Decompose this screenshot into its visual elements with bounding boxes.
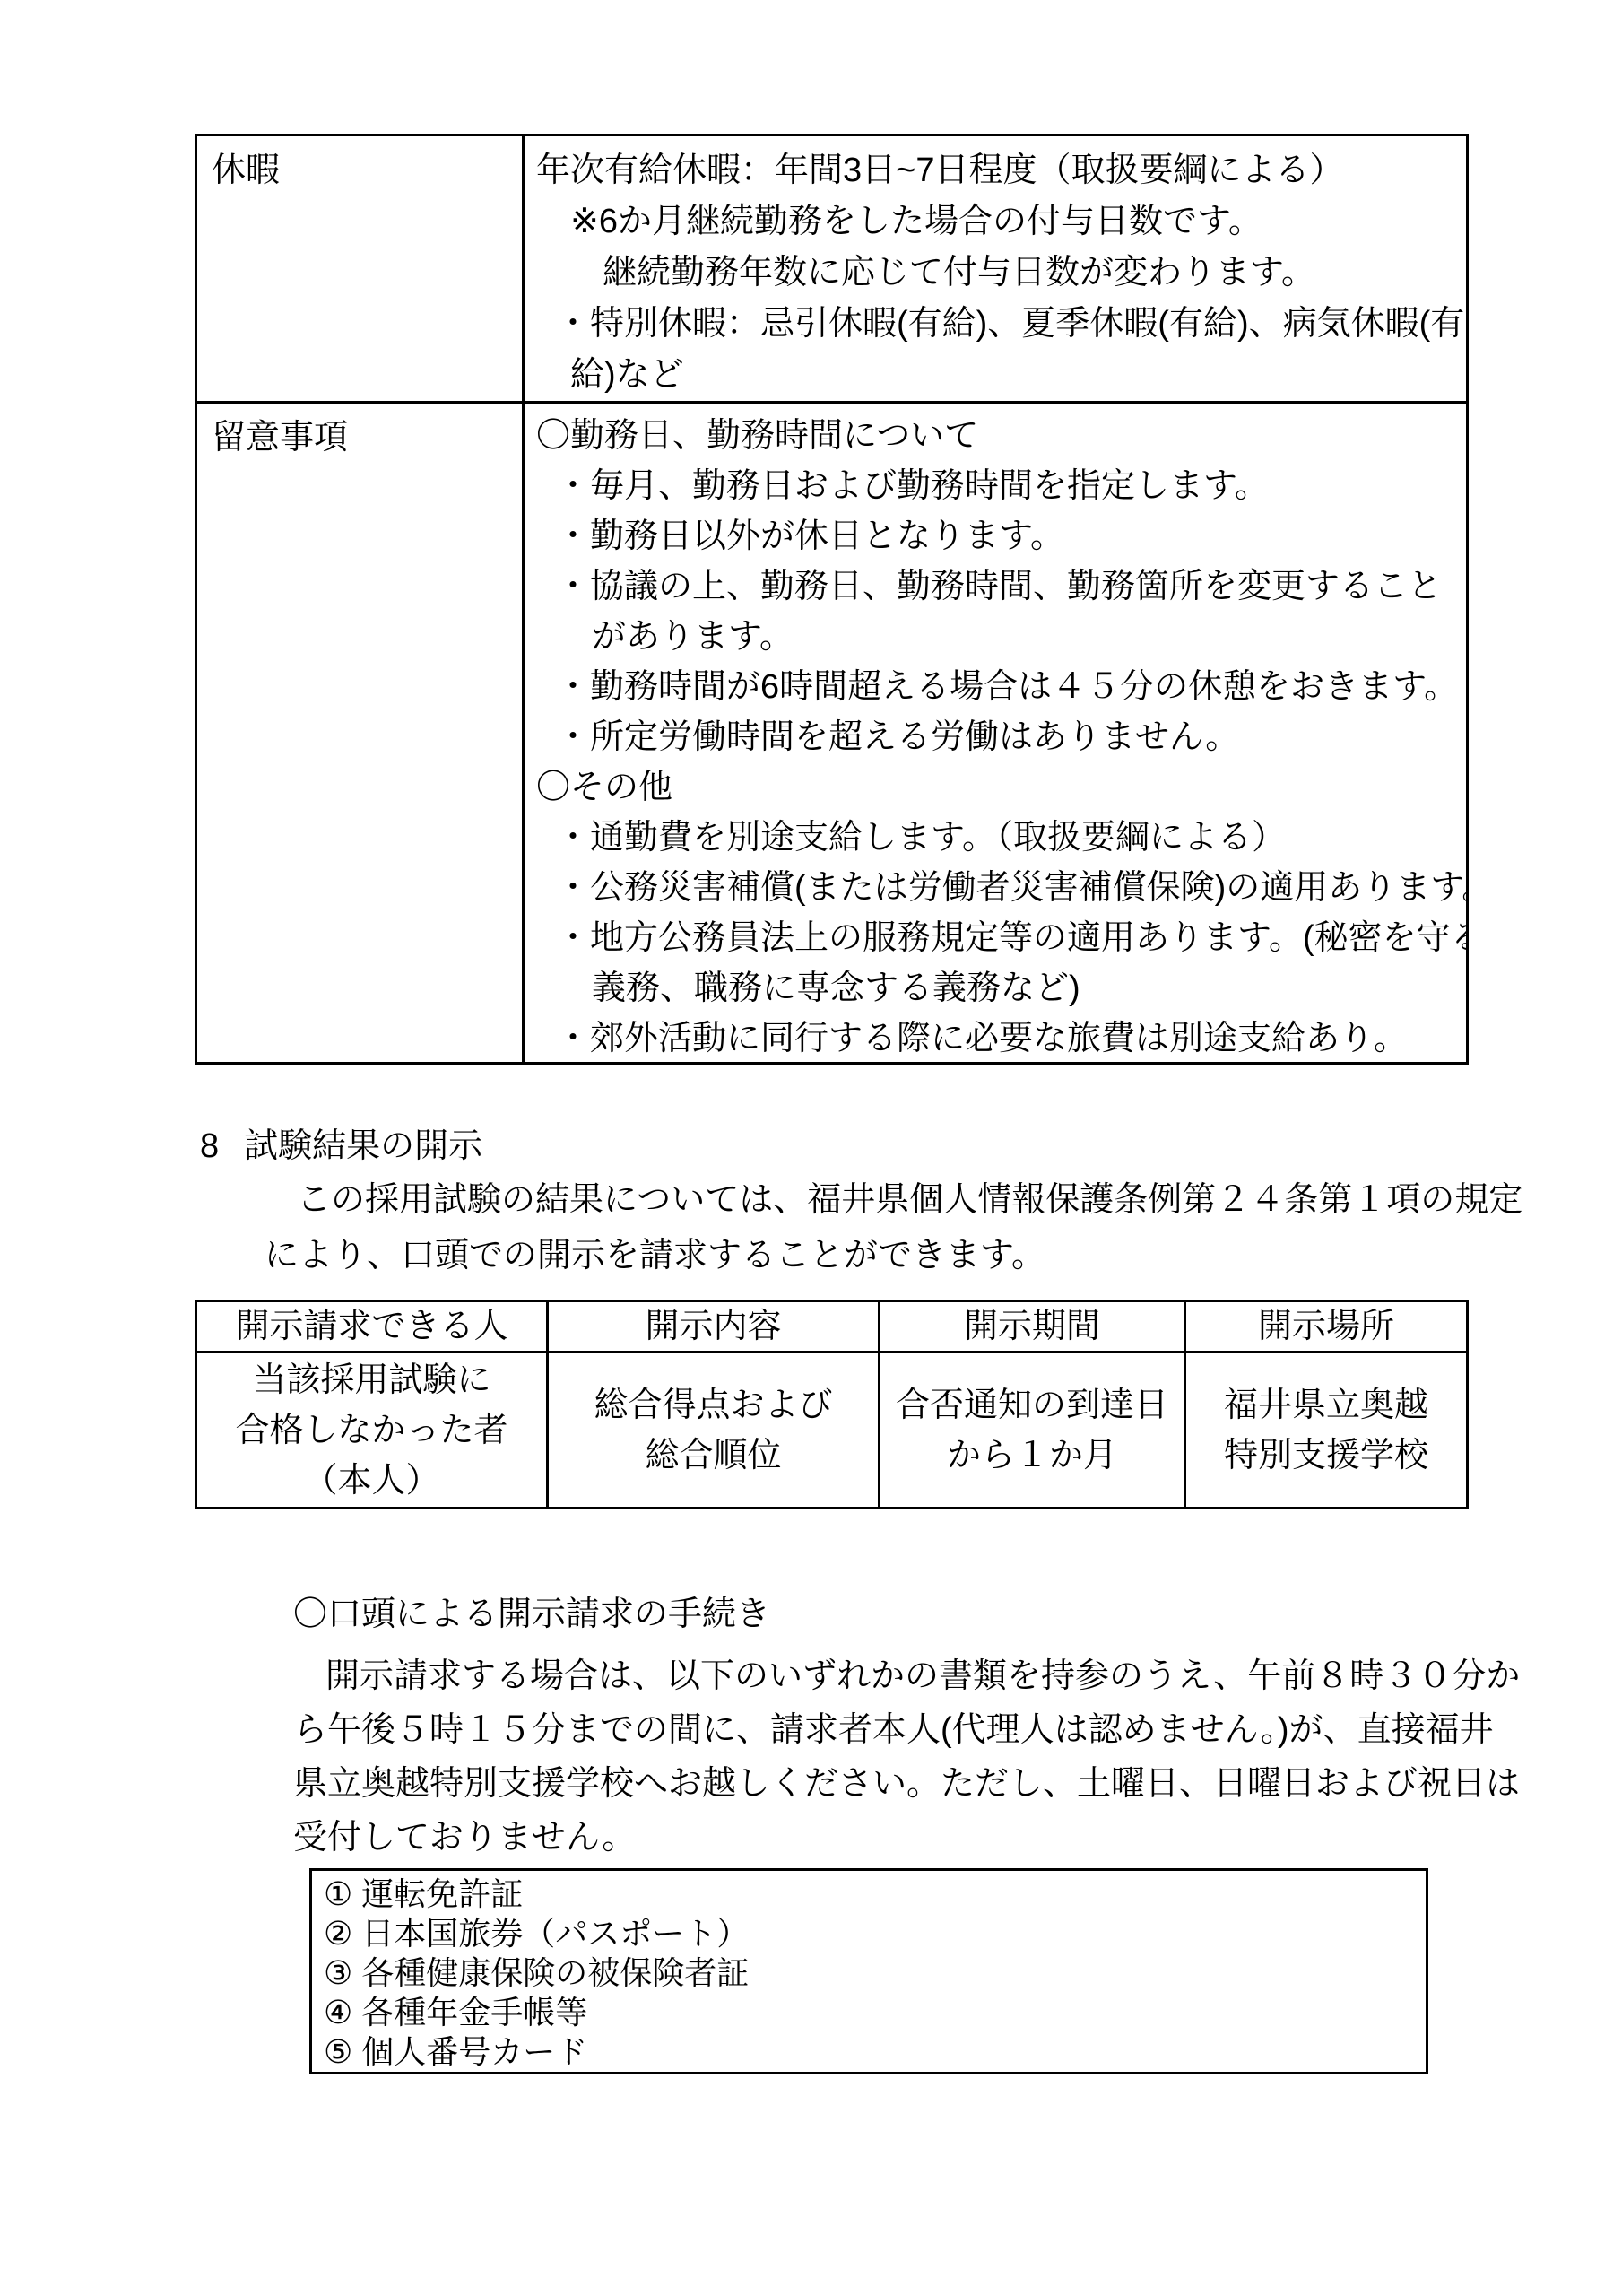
text-line: 総合得点および bbox=[594, 1380, 832, 1431]
text-line: 給)など bbox=[536, 350, 1462, 401]
text-line: 義務、職務に専念する義務など) bbox=[536, 963, 1462, 1013]
text-line: 特別支援学校 bbox=[1224, 1431, 1428, 1481]
row-header-notes: 留意事項 bbox=[197, 404, 525, 1062]
text-line: ・協議の上、勤務日、勤務時間、勤務箇所を変更すること bbox=[536, 561, 1462, 612]
text-line: ④ 各種年金手帳等 bbox=[324, 1993, 1417, 2032]
section-title: 試験結果の開示 bbox=[244, 1127, 482, 1165]
data-cell-content: 総合得点および総合順位 bbox=[546, 1353, 878, 1507]
disclosure-table: 開示請求できる人 開示内容 開示期間 開示場所 当該採用試験に合格しなかった者（… bbox=[195, 1300, 1469, 1509]
data-cell-place: 福井県立奥越特別支援学校 bbox=[1184, 1353, 1466, 1507]
text-line: ・所定労働時間を超える労働はありません。 bbox=[536, 712, 1462, 762]
table-row-vacation: 休暇 年次有給休暇：年間3日~7日程度（取扱要綱による）※6か月継続勤務をした場… bbox=[197, 136, 1466, 401]
text-line: 合否通知の到達日 bbox=[896, 1380, 1168, 1431]
text-line: により、口頭での開示を請求することができます。 bbox=[265, 1228, 1491, 1283]
text-line: ・公務災害補償(または労働者災害補償保険)の適用あります。 bbox=[536, 863, 1462, 913]
text-line: この採用試験の結果については、福井県個人情報保護条例第２４条第１項の規定 bbox=[265, 1172, 1491, 1228]
text-line: 合格しなかった者 bbox=[235, 1405, 507, 1456]
text-line: ※6か月継続勤務をした場合の付与日数です。 bbox=[536, 196, 1462, 248]
text-line: 県立奥越特別支援学校へお越しください。ただし、土曜日、日曜日および祝日は bbox=[293, 1757, 1491, 1811]
text-line: ・郊外活動に同行する際に必要な旅費は別途支給あり。 bbox=[536, 1013, 1462, 1062]
procedure-paragraph: 開示請求する場合は、以下のいずれかの書類を持参のうえ、午前８時３０分から午後５時… bbox=[293, 1649, 1491, 1865]
section-heading: 8試験結果の開示 bbox=[200, 1126, 482, 1166]
disclosure-table-header-row: 開示請求できる人 開示内容 開示期間 開示場所 bbox=[197, 1302, 1466, 1353]
header-cell-period: 開示期間 bbox=[878, 1302, 1184, 1351]
text-line: 開示請求する場合は、以下のいずれかの書類を持参のうえ、午前８時３０分か bbox=[293, 1649, 1491, 1703]
text-line: ・毎月、勤務日および勤務時間を指定します。 bbox=[536, 461, 1462, 511]
text-line: ② 日本国旅券（パスポート） bbox=[324, 1914, 1417, 1953]
text-line: ① 運転免許証 bbox=[324, 1874, 1417, 1914]
header-cell-content: 開示内容 bbox=[546, 1302, 878, 1351]
text-line: ・地方公務員法上の服務規定等の適用あります。(秘密を守る bbox=[536, 913, 1462, 963]
text-line: 〇勤務日、勤務時間について bbox=[536, 411, 1462, 461]
id-documents-box: ① 運転免許証② 日本国旅券（パスポート）③ 各種健康保険の被保険者証④ 各種年… bbox=[309, 1868, 1428, 2074]
text-line: ・特別休暇：忌引休暇(有給)、夏季休暇(有給)、病気休暇(有 bbox=[536, 299, 1462, 350]
text-line: ・勤務日以外が休日となります。 bbox=[536, 511, 1462, 561]
header-cell-place: 開示場所 bbox=[1184, 1302, 1466, 1351]
text-line: があります。 bbox=[536, 612, 1462, 662]
text-line: 年次有給休暇：年間3日~7日程度（取扱要綱による） bbox=[536, 145, 1462, 196]
data-cell-period: 合否通知の到達日から１か月 bbox=[878, 1353, 1184, 1507]
text-line: ら午後５時１５分までの間に、請求者本人(代理人は認めません。)が、直接福井 bbox=[293, 1703, 1491, 1757]
section-paragraph: この採用試験の結果については、福井県個人情報保護条例第２４条第１項の規定により、… bbox=[265, 1172, 1491, 1283]
text-line: ⑤ 個人番号カード bbox=[324, 2032, 1417, 2072]
text-line: ・通勤費を別途支給します。（取扱要綱による） bbox=[536, 813, 1462, 863]
row-content-vacation: 年次有給休暇：年間3日~7日程度（取扱要綱による）※6か月継続勤務をした場合の付… bbox=[525, 136, 1466, 401]
document-page: 休暇 年次有給休暇：年間3日~7日程度（取扱要綱による）※6か月継続勤務をした場… bbox=[0, 0, 1622, 2296]
text-line: 福井県立奥越 bbox=[1224, 1380, 1428, 1431]
text-line: ③ 各種健康保険の被保険者証 bbox=[324, 1953, 1417, 1993]
conditions-table: 休暇 年次有給休暇：年間3日~7日程度（取扱要綱による）※6か月継続勤務をした場… bbox=[195, 134, 1469, 1065]
text-line: 継続勤務年数に応じて付与日数が変わります。 bbox=[536, 248, 1462, 299]
procedure-heading: 〇口頭による開示請求の手続き bbox=[293, 1595, 770, 1634]
section-number: 8 bbox=[200, 1126, 219, 1166]
data-cell-who: 当該採用試験に合格しなかった者（本人） bbox=[197, 1353, 546, 1507]
text-line: から１か月 bbox=[947, 1431, 1117, 1481]
text-line: 〇その他 bbox=[536, 762, 1462, 813]
text-line: ・勤務時間が6時間超える場合は４５分の休憩をおきます。 bbox=[536, 662, 1462, 712]
header-cell-who: 開示請求できる人 bbox=[197, 1302, 546, 1351]
table-row-notes: 留意事項 〇勤務日、勤務時間について・毎月、勤務日および勤務時間を指定します。・… bbox=[197, 401, 1466, 1062]
text-line: 当該採用試験に bbox=[252, 1355, 490, 1405]
row-content-notes: 〇勤務日、勤務時間について・毎月、勤務日および勤務時間を指定します。・勤務日以外… bbox=[525, 404, 1466, 1062]
text-line: 総合順位 bbox=[645, 1431, 781, 1481]
disclosure-table-data-row: 当該採用試験に合格しなかった者（本人） 総合得点および総合順位 合否通知の到達日… bbox=[197, 1353, 1466, 1507]
row-header-vacation: 休暇 bbox=[197, 136, 525, 401]
text-line: （本人） bbox=[303, 1456, 439, 1506]
text-line: 受付しておりません。 bbox=[293, 1811, 1491, 1865]
